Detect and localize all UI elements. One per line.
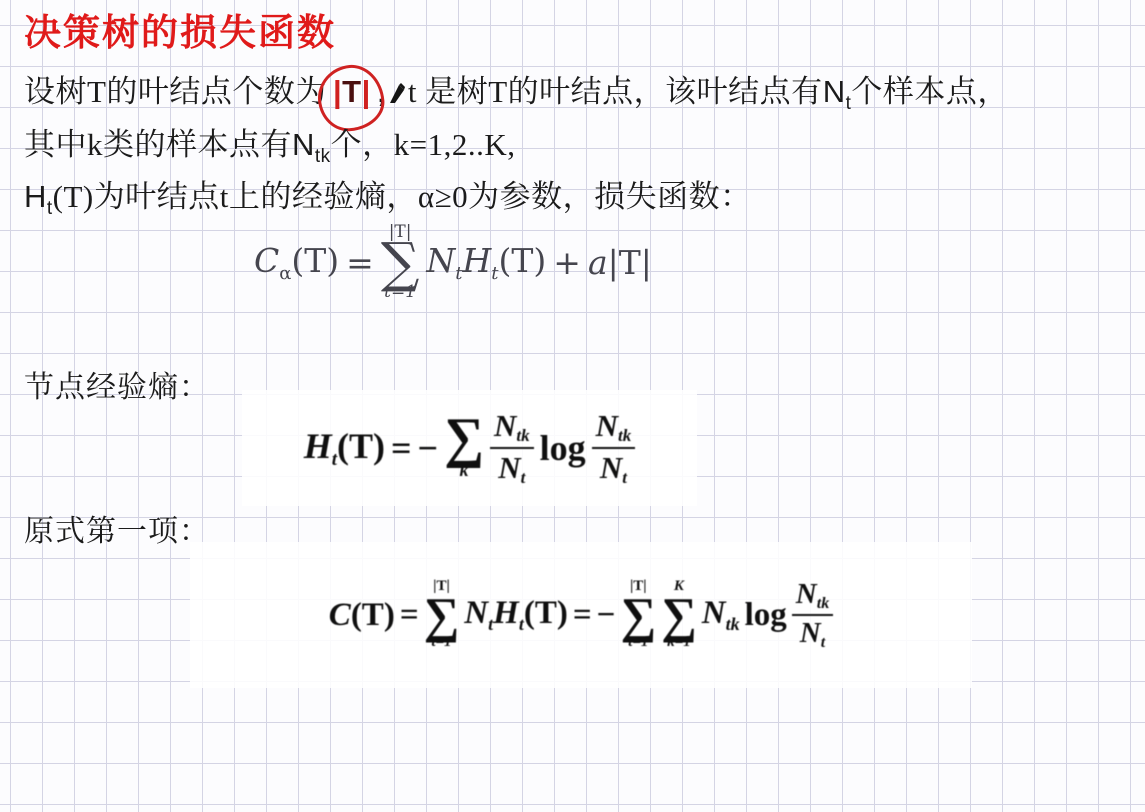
line3-H: H — [24, 179, 47, 214]
f2-frac1-num-N: N — [494, 408, 516, 443]
f2-frac1-den-N: N — [498, 450, 520, 485]
f3-lhs-arg: (T) — [351, 597, 395, 633]
f2-frac2-num: Ntk — [592, 409, 636, 449]
f1-equals: = — [346, 243, 374, 282]
f2-frac2-den-N: N — [600, 450, 622, 485]
line1-text-pre: 设树T的叶结点个数为 — [24, 74, 327, 109]
f2-sum: ∑ k — [444, 416, 484, 480]
f2-frac2-den: Nt — [600, 449, 627, 488]
f3-frac-den-sub: t — [821, 634, 825, 651]
f2-lhs-arg: (T) — [337, 426, 385, 466]
line1-text-mid: t 是树T的叶结点，该叶结点有 — [408, 74, 823, 109]
f3-lhs: C(T) — [329, 597, 395, 634]
f1-N: N — [426, 241, 455, 280]
f3-sum2-lower: t=1 — [628, 635, 648, 651]
f1-H-sub: t — [491, 263, 498, 284]
body-line-1: 设树T的叶结点个数为|T|,t 是树T的叶结点，该叶结点有Nt个样本点， — [24, 66, 1009, 115]
f3-N2: N — [702, 595, 726, 631]
section-label-first-term: 原式第一项： — [24, 506, 210, 550]
body-line-2: 其中k类的样本点有Ntk个，k=1,2..K, — [24, 119, 516, 168]
circled-bar-right: | — [362, 74, 371, 109]
page-title: 决策树的损失函数 — [24, 2, 336, 56]
formula-entropy-image: Ht(T) = − ∑ k Ntk Nt log Ntk Nt — [242, 390, 697, 506]
f3-sum3-lower: k=1 — [667, 635, 691, 651]
f3-equals-1: = — [400, 597, 419, 634]
f2-frac2-num-N: N — [596, 408, 618, 443]
f2-H: H — [304, 426, 332, 466]
f3-equals-2: = — [573, 597, 592, 634]
circled-T-annotation: |T| — [329, 74, 375, 110]
line2-N: N — [292, 127, 315, 162]
f2-minus: − — [418, 427, 439, 469]
f1-N-sub: t — [455, 263, 462, 284]
f1-absT: |T| — [608, 243, 652, 282]
f3-sum-1: |T| ∑ t=1 — [424, 579, 460, 651]
f2-frac2-den-sub: t — [622, 468, 627, 487]
f3-frac-den: Nt — [800, 616, 825, 652]
f1-lhs: Cα(T) — [254, 241, 339, 284]
f2-fraction-1: Ntk Nt — [490, 409, 534, 487]
f3-H-arg: (T) — [524, 595, 568, 631]
f2-sum-lower: k — [460, 461, 469, 480]
f3-term-1: NtHt(T) — [464, 595, 568, 635]
f2-frac1-den-sub: t — [521, 468, 526, 487]
f3-frac-num: Ntk — [792, 579, 833, 616]
f3-sum1-lower: t=1 — [431, 635, 451, 651]
f1-term: NtHt(T) — [426, 241, 546, 284]
f1-sum-lower: t=1 — [384, 284, 416, 302]
line2-N-subscript: tk — [315, 146, 331, 167]
f3-term-2: Ntk — [702, 595, 740, 635]
notes-page: { "colors":{ "title_red":"#e01a1a", "ann… — [0, 0, 1145, 812]
f3-sigma-2: ∑ — [620, 595, 656, 635]
section-label-entropy: 节点经验熵： — [24, 362, 210, 406]
f3-frac-den-N: N — [800, 617, 821, 649]
f1-H: H — [463, 241, 492, 280]
f1-C: C — [254, 241, 279, 280]
f3-fraction: Ntk Nt — [792, 579, 833, 651]
f3-frac-num-N: N — [796, 578, 817, 610]
f3-frac-num-sub: tk — [817, 595, 829, 612]
formula-entropy: Ht(T) = − ∑ k Ntk Nt log Ntk Nt — [304, 409, 636, 487]
f2-log: log — [540, 427, 586, 469]
f3-log: log — [745, 597, 787, 634]
f2-fraction-2: Ntk Nt — [592, 409, 636, 487]
f2-equals: = — [391, 427, 412, 469]
body-line-3: Ht(T)为叶结点t上的经验熵，α≥0为参数，损失函数： — [24, 171, 752, 220]
f3-sigma-1: ∑ — [424, 595, 460, 635]
line1-text-post: 个样本点， — [851, 74, 1009, 109]
circled-letter-T: T — [342, 74, 361, 109]
f1-penalty: a|T| — [588, 243, 652, 282]
f3-N1: N — [464, 595, 488, 631]
f2-frac1-num: Ntk — [490, 409, 534, 449]
f3-H: H — [493, 595, 519, 631]
line2-text-post: 个，k=1,2..K, — [331, 127, 516, 162]
formula-loss-function: Cα(T) = |T| ∑ t=1 NtHt(T) + a|T| — [254, 224, 652, 302]
f1-alpha-subscript: α — [279, 263, 291, 284]
f1-sigma: ∑ — [381, 242, 420, 284]
f1-plus: + — [553, 243, 581, 282]
f2-lhs: Ht(T) — [304, 425, 385, 471]
f2-frac2-num-sub: tk — [618, 426, 631, 445]
circled-bar-left: | — [333, 74, 342, 109]
f2-sigma: ∑ — [444, 416, 484, 461]
formula-first-term-image: C(T) = |T| ∑ t=1 NtHt(T) = − |T| ∑ t=1 K… — [190, 542, 972, 688]
line1-comma: , — [377, 74, 386, 109]
pen-cursor-icon — [388, 76, 407, 112]
f3-sigma-3: ∑ — [661, 595, 697, 635]
line2-text-pre: 其中k类的样本点有 — [24, 127, 292, 162]
f3-N2-sub: tk — [726, 614, 740, 634]
f2-frac1-num-sub: tk — [516, 426, 529, 445]
line3-text-post: (T)为叶结点t上的经验熵，α≥0为参数，损失函数： — [53, 179, 752, 214]
f3-minus: − — [597, 597, 616, 634]
f1-lhs-arg: (T) — [291, 241, 339, 280]
f2-frac1-den: Nt — [498, 449, 525, 488]
f1-H-arg: (T) — [499, 241, 547, 280]
f1-a: a — [588, 243, 608, 282]
f3-C: C — [329, 597, 351, 633]
f3-sum-3: K ∑ k=1 — [661, 579, 697, 651]
f3-sum-2: |T| ∑ t=1 — [620, 579, 656, 651]
formula-first-term: C(T) = |T| ∑ t=1 NtHt(T) = − |T| ∑ t=1 K… — [329, 579, 833, 651]
line1-N: N — [823, 74, 846, 109]
f1-sum: |T| ∑ t=1 — [381, 224, 420, 302]
